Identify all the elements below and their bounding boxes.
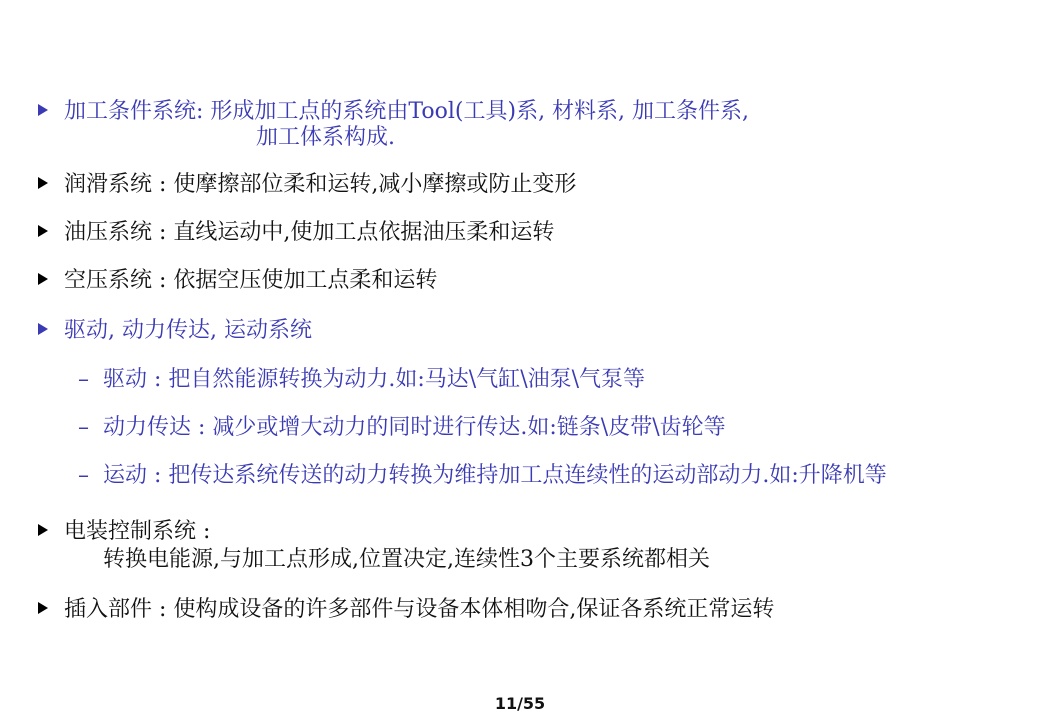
- bullet-item-processing-conditions: 加工条件系统: 形成加工点的系统由Tool(工具)系, 材料系, 加工条件系,: [38, 99, 749, 125]
- item-text: 油压系统 : 直线运动中,使加工点依据油压柔和运转: [64, 220, 554, 245]
- subitem-motion: –运动 : 把传达系统传送的动力转换为维持加工点连续性的运动部动力.如:升降机等: [78, 463, 887, 489]
- dash-bullet-icon: –: [78, 415, 89, 441]
- triangle-bullet-icon: [38, 177, 48, 189]
- triangle-bullet-icon: [38, 273, 48, 285]
- bullet-item-lubrication: 润滑系统 : 使摩擦部位柔和运转,减小摩擦或防止变形: [38, 172, 576, 198]
- bullet-item-hydraulic: 油压系统 : 直线运动中,使加工点依据油压柔和运转: [38, 220, 554, 246]
- bullet-item-pneumatic: 空压系统 : 依据空压使加工点柔和运转: [38, 268, 437, 294]
- dash-bullet-icon: –: [78, 463, 89, 489]
- subitem-text: 驱动 : 把自然能源转换为动力.如:马达\气缸\油泵\气泵等: [103, 367, 645, 392]
- bullet-item-insert-parts: 插入部件 : 使构成设备的许多部件与设备本体相吻合,保证各系统正常运转: [38, 597, 774, 623]
- item-text: 电装控制系统 :: [64, 519, 210, 544]
- item-text: 空压系统 : 依据空压使加工点柔和运转: [64, 268, 437, 293]
- triangle-bullet-icon: [38, 323, 48, 335]
- bullet-item-electrical-control: 电装控制系统 :: [38, 519, 210, 545]
- bullet-item-drive-systems: 驱动, 动力传达, 运动系统: [38, 318, 312, 344]
- subitem-power-transmission: –动力传达 : 减少或增大动力的同时进行传达.如:链条\皮带\齿轮等: [78, 415, 726, 441]
- item-text: 插入部件 : 使构成设备的许多部件与设备本体相吻合,保证各系统正常运转: [64, 597, 774, 622]
- triangle-bullet-icon: [38, 524, 48, 536]
- subitem-text: 运动 : 把传达系统传送的动力转换为维持加工点连续性的运动部动力.如:升降机等: [103, 463, 887, 488]
- triangle-bullet-icon: [38, 602, 48, 614]
- item-text: 润滑系统 : 使摩擦部位柔和运转,减小摩擦或防止变形: [64, 172, 576, 197]
- slide: 加工条件系统: 形成加工点的系统由Tool(工具)系, 材料系, 加工条件系, …: [0, 0, 1040, 720]
- subitem-drive: –驱动 : 把自然能源转换为动力.如:马达\气缸\油泵\气泵等: [78, 367, 645, 393]
- triangle-bullet-icon: [38, 225, 48, 237]
- dash-bullet-icon: –: [78, 367, 89, 393]
- item-text: 加工条件系统: 形成加工点的系统由Tool(工具)系, 材料系, 加工条件系,: [64, 99, 749, 124]
- page-number: 11/55: [0, 694, 1040, 713]
- triangle-bullet-icon: [38, 104, 48, 116]
- subitem-text: 动力传达 : 减少或增大动力的同时进行传达.如:链条\皮带\齿轮等: [103, 415, 726, 440]
- item-text: 驱动, 动力传达, 运动系统: [64, 318, 312, 343]
- item-continuation: 转换电能源,与加工点形成,位置决定,连续性3个主要系统都相关: [103, 547, 710, 573]
- item-continuation: 加工体系构成.: [256, 125, 395, 151]
